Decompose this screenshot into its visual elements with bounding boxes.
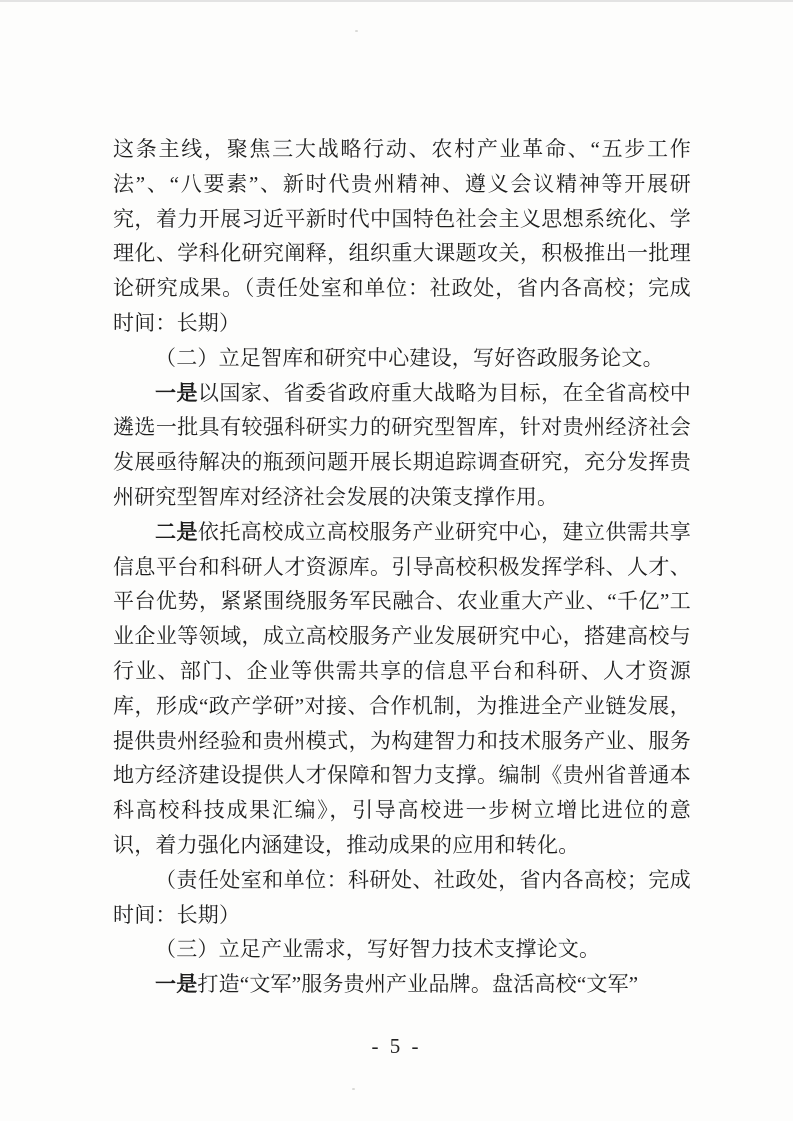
paragraph-continuation: 这条主线，聚焦三大战略行动、农村产业革命、“五步工作法”、“八要素”、新时代贵州… [113,132,691,341]
paragraph-text: 打造“文军”服务贵州产业品牌。盘活高校“文军” [197,972,638,996]
lead-in-label: 一是 [155,381,198,405]
scan-speck [352,1088,355,1090]
section-heading-3: （三）立足产业需求，写好智力技术支撑论文。 [113,932,691,967]
paragraph-responsibility-note: （责任处室和单位：科研处、社政处，省内各高校；完成时间：长期） [113,863,691,933]
paragraph-point-1-section-2: 一是以国家、省委省政府重大战略为目标，在全省高校中遴选一批具有较强科研实力的研究… [113,376,691,515]
paragraph-point-1-section-3: 一是打造“文军”服务贵州产业品牌。盘活高校“文军” [113,967,691,1002]
lead-in-label: 二是 [155,520,198,544]
paragraph-text: 依托高校成立高校服务产业研究中心，建立供需共享信息平台和科研人才资源库。引导高校… [113,520,691,857]
scanned-document-page: 这条主线，聚焦三大战略行动、农村产业革命、“五步工作法”、“八要素”、新时代贵州… [0,0,793,1121]
paragraph-text: 这条主线，聚焦三大战略行动、农村产业革命、“五步工作法”、“八要素”、新时代贵州… [113,137,691,335]
heading-text: （三）立足产业需求，写好智力技术支撑论文。 [155,937,600,961]
heading-text: （二）立足智库和研究中心建设，写好咨政服务论文。 [155,346,664,370]
lead-in-label: 一是 [155,972,197,996]
paragraph-text: 以国家、省委省政府重大战略为目标，在全省高校中遴选一批具有较强科研实力的研究型智… [113,381,691,509]
scan-edge-artifact [0,0,793,2]
paragraph-point-2-section-2: 二是依托高校成立高校服务产业研究中心，建立供需共享信息平台和科研人才资源库。引导… [113,515,691,863]
section-heading-2: （二）立足智库和研究中心建设，写好咨政服务论文。 [113,341,691,376]
paragraph-text: （责任处室和单位：科研处、社政处，省内各高校；完成时间：长期） [113,868,691,927]
document-body: 这条主线，聚焦三大战略行动、农村产业革命、“五步工作法”、“八要素”、新时代贵州… [113,132,691,1002]
page-number: - 5 - [0,1034,793,1059]
scan-speck [355,30,358,32]
